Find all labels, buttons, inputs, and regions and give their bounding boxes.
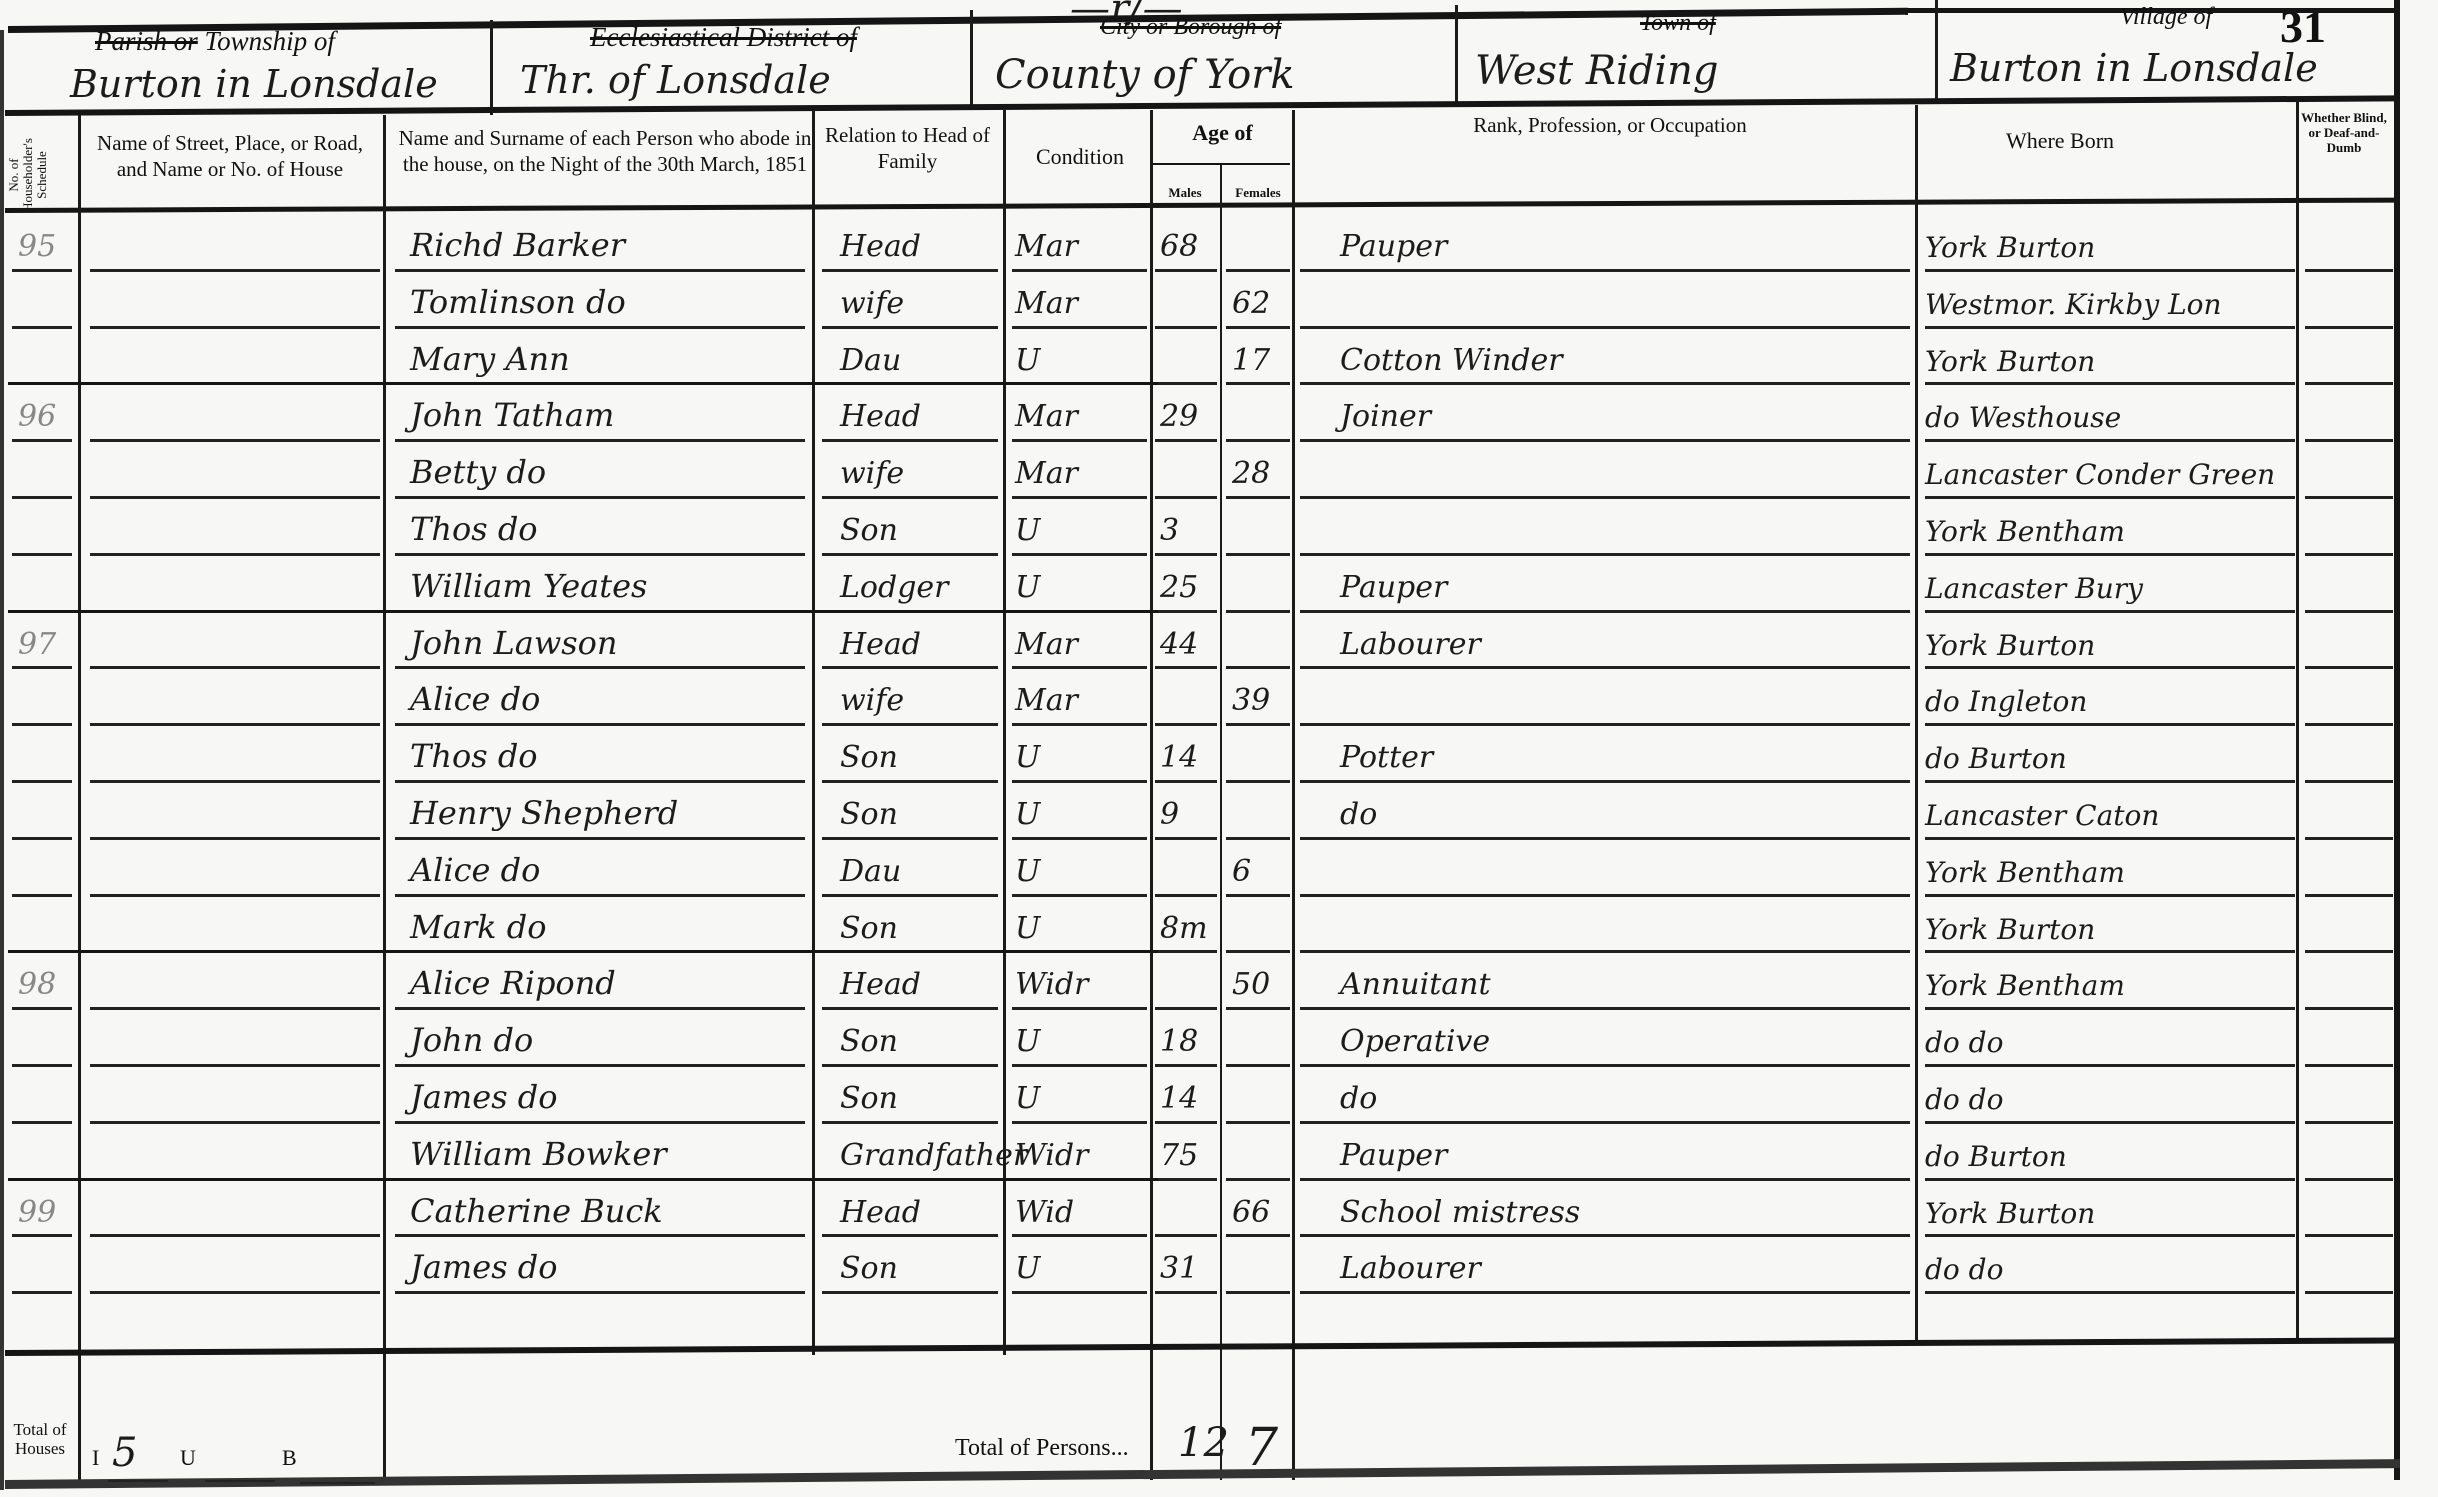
cell-name: Alice do bbox=[410, 680, 540, 718]
row-rule bbox=[395, 1291, 805, 1294]
census-page: —r/— 31 Parish or Township of Burton in … bbox=[0, 0, 2438, 1497]
row-rule bbox=[1925, 610, 2295, 613]
cell-schedule: 95 bbox=[18, 229, 56, 264]
table-row: 95Richd BarkerHeadMar68PauperYork Burton bbox=[0, 218, 2438, 272]
row-rule bbox=[1925, 837, 2295, 840]
cell-born: do do bbox=[1925, 1083, 2003, 1116]
table-row: Henry ShepherdSonU9doLancaster Caton bbox=[0, 786, 2438, 840]
row-rule bbox=[12, 837, 72, 840]
cell-relation: Lodger bbox=[840, 570, 949, 605]
row-rule bbox=[2305, 723, 2393, 726]
row-rule bbox=[1925, 1234, 2295, 1237]
row-rule bbox=[1226, 496, 1290, 499]
cell-occupation: Cotton Winder bbox=[1340, 343, 1563, 378]
row-rule bbox=[395, 666, 805, 669]
row-rule bbox=[1300, 1121, 1910, 1124]
row-rule bbox=[1012, 894, 1147, 897]
cell-male-age: 44 bbox=[1160, 627, 1198, 662]
cell-occupation: Labourer bbox=[1340, 1251, 1481, 1286]
cell-schedule: 96 bbox=[18, 399, 56, 434]
row-rule bbox=[822, 780, 998, 783]
row-rule bbox=[2305, 894, 2393, 897]
cell-condition: U bbox=[1015, 797, 1040, 832]
cell-condition: U bbox=[1015, 911, 1040, 946]
row-rule bbox=[90, 1064, 380, 1067]
cell-relation: Head bbox=[840, 1195, 921, 1230]
row-rule bbox=[1300, 1064, 1910, 1067]
cell-relation: Head bbox=[840, 627, 921, 662]
row-rule bbox=[90, 780, 380, 783]
cell-condition: U bbox=[1015, 1024, 1040, 1059]
cell-female-age: 6 bbox=[1232, 854, 1251, 889]
totals-rule bbox=[5, 1337, 2395, 1356]
cell-relation: Dau bbox=[840, 854, 901, 889]
row-rule bbox=[1155, 1007, 1217, 1010]
cell-name: William Bowker bbox=[410, 1135, 667, 1173]
row-rule bbox=[1155, 780, 1217, 783]
row-rule bbox=[1155, 269, 1217, 272]
row-rule bbox=[2305, 1064, 2393, 1067]
row-rule bbox=[1300, 1291, 1910, 1294]
row-rule bbox=[1155, 950, 1217, 953]
cell-born: Lancaster Conder Green bbox=[1925, 458, 2275, 491]
city-value: County of York bbox=[995, 52, 1295, 98]
row-rule bbox=[822, 666, 998, 669]
females-total: 7 bbox=[1245, 1418, 1278, 1478]
row-rule bbox=[822, 439, 998, 442]
row-rule bbox=[1300, 1234, 1910, 1237]
cell-condition: Mar bbox=[1015, 229, 1078, 264]
row-rule bbox=[822, 723, 998, 726]
cell-relation: wife bbox=[840, 683, 904, 718]
col-occupation: Rank, Profession, or Occupation bbox=[1470, 112, 1750, 138]
row-rule bbox=[1012, 1121, 1147, 1124]
cell-female-age: 39 bbox=[1232, 683, 1270, 718]
row-rule bbox=[2305, 610, 2393, 613]
row-rule bbox=[12, 894, 72, 897]
cell-name: Thos do bbox=[410, 737, 538, 775]
row-rule bbox=[2305, 269, 2393, 272]
row-rule bbox=[1155, 326, 1217, 329]
cell-condition: U bbox=[1015, 740, 1040, 775]
row-rule bbox=[2305, 382, 2393, 385]
row-rule bbox=[1155, 439, 1217, 442]
row-rule bbox=[395, 1234, 805, 1237]
cell-condition: Mar bbox=[1015, 627, 1078, 662]
cell-female-age: 50 bbox=[1232, 967, 1270, 1002]
row-rule bbox=[395, 439, 805, 442]
row-rule bbox=[1300, 553, 1910, 556]
cell-name: James do bbox=[410, 1078, 558, 1116]
col-relation: Relation to Head of Family bbox=[820, 122, 995, 174]
row-rule bbox=[1155, 894, 1217, 897]
table-row: Mary AnnDauU17Cotton WinderYork Burton bbox=[0, 332, 2438, 386]
row-rule bbox=[395, 496, 805, 499]
cell-occupation: Operative bbox=[1340, 1024, 1490, 1059]
row-rule bbox=[1925, 382, 2295, 385]
cell-name: John do bbox=[410, 1021, 533, 1059]
row-rule bbox=[1925, 780, 2295, 783]
row-rule bbox=[2305, 1291, 2393, 1294]
cell-condition: Mar bbox=[1015, 683, 1078, 718]
cell-relation: Son bbox=[840, 1024, 898, 1059]
cell-name: Richd Barker bbox=[410, 226, 625, 264]
row-rule bbox=[90, 894, 380, 897]
row-rule bbox=[2305, 666, 2393, 669]
row-rule bbox=[12, 1064, 72, 1067]
row-rule bbox=[1300, 496, 1910, 499]
row-rule bbox=[90, 1007, 380, 1010]
row-rule bbox=[1012, 666, 1147, 669]
table-row: 98Alice RipondHeadWidr50AnnuitantYork Be… bbox=[0, 956, 2438, 1010]
household-divider bbox=[8, 950, 1158, 953]
row-rule bbox=[822, 837, 998, 840]
table-row: 96John TathamHeadMar29Joinerdo Westhouse bbox=[0, 388, 2438, 442]
row-rule bbox=[2305, 1121, 2393, 1124]
cell-born: Westmor. Kirkby Lon bbox=[1925, 288, 2222, 321]
col-condition: Condition bbox=[1005, 144, 1155, 170]
cell-male-age: 18 bbox=[1160, 1024, 1198, 1059]
village-value: Burton in Lonsdale bbox=[1950, 46, 2318, 90]
table-row: James doSonU31Labourerdo do bbox=[0, 1240, 2438, 1294]
row-rule bbox=[1300, 1178, 1910, 1181]
row-rule bbox=[822, 1234, 998, 1237]
cell-name: John Tatham bbox=[410, 396, 614, 434]
row-rule bbox=[1925, 1064, 2295, 1067]
row-rule bbox=[2305, 1234, 2393, 1237]
row-rule bbox=[1155, 610, 1217, 613]
cell-condition: U bbox=[1015, 854, 1040, 889]
cell-name: Betty do bbox=[410, 453, 546, 491]
row-rule bbox=[12, 439, 72, 442]
hdr-divider bbox=[1935, 0, 1938, 100]
row-rule bbox=[12, 780, 72, 783]
ecclesiastical-value: Thr. of Lonsdale bbox=[520, 58, 831, 102]
cell-condition: U bbox=[1015, 343, 1040, 378]
row-rule bbox=[12, 1007, 72, 1010]
row-rule bbox=[1300, 837, 1910, 840]
cell-occupation: Labourer bbox=[1340, 627, 1481, 662]
cell-condition: U bbox=[1015, 1251, 1040, 1286]
row-rule bbox=[12, 1234, 72, 1237]
row-rule bbox=[1226, 553, 1290, 556]
cell-relation: Dau bbox=[840, 343, 901, 378]
cell-female-age: 62 bbox=[1232, 286, 1270, 321]
cell-born: Lancaster Caton bbox=[1925, 799, 2159, 832]
cell-relation: Son bbox=[840, 1081, 898, 1116]
cell-condition: Mar bbox=[1015, 399, 1078, 434]
town-value: West Riding bbox=[1475, 48, 1719, 94]
uninhabited-prefix: U bbox=[180, 1445, 196, 1471]
row-rule bbox=[1012, 723, 1147, 726]
cell-relation: Head bbox=[840, 229, 921, 264]
cell-condition: U bbox=[1015, 570, 1040, 605]
row-rule bbox=[2305, 1178, 2393, 1181]
row-rule bbox=[1300, 950, 1910, 953]
cell-born: do do bbox=[1925, 1026, 2003, 1059]
row-rule bbox=[822, 1121, 998, 1124]
household-divider bbox=[8, 382, 1158, 385]
city-label: City or Borough of bbox=[1100, 14, 1281, 41]
row-rule bbox=[12, 553, 72, 556]
row-rule bbox=[90, 269, 380, 272]
cell-female-age: 28 bbox=[1232, 456, 1270, 491]
row-rule bbox=[822, 1007, 998, 1010]
cell-relation: Son bbox=[840, 1251, 898, 1286]
row-rule bbox=[1226, 837, 1290, 840]
row-rule bbox=[2305, 950, 2393, 953]
cell-male-age: 9 bbox=[1160, 797, 1179, 832]
row-rule bbox=[1925, 1291, 2295, 1294]
row-rule bbox=[1226, 1007, 1290, 1010]
row-rule bbox=[822, 1064, 998, 1067]
row-rule bbox=[1012, 1064, 1147, 1067]
building-prefix: B bbox=[282, 1445, 297, 1471]
town-label: Town of bbox=[1640, 10, 1716, 37]
cell-relation: wife bbox=[840, 456, 904, 491]
table-row: Alice doDauU6York Bentham bbox=[0, 843, 2438, 897]
cell-male-age: 8m bbox=[1160, 911, 1208, 946]
row-rule bbox=[1012, 837, 1147, 840]
cell-name: Mary Ann bbox=[410, 340, 570, 378]
row-rule bbox=[1012, 1234, 1147, 1237]
row-rule bbox=[395, 1007, 805, 1010]
row-rule bbox=[90, 553, 380, 556]
inhabited-underline bbox=[108, 1480, 168, 1482]
table-row: Alice dowifeMar39do Ingleton bbox=[0, 672, 2438, 726]
row-rule bbox=[1155, 553, 1217, 556]
col-blind-deaf: Whether Blind, or Deaf-and-Dumb bbox=[2298, 110, 2390, 155]
row-rule bbox=[1925, 1178, 2295, 1181]
row-rule bbox=[1925, 894, 2295, 897]
cell-relation: Son bbox=[840, 797, 898, 832]
building-underline bbox=[300, 1482, 375, 1484]
cell-born: do Burton bbox=[1925, 742, 2067, 775]
ecclesiastical-label: Ecclesiastical District of bbox=[590, 22, 857, 53]
row-rule bbox=[395, 269, 805, 272]
row-rule bbox=[822, 326, 998, 329]
row-rule bbox=[12, 1291, 72, 1294]
row-rule bbox=[395, 894, 805, 897]
hdr-divider bbox=[1455, 5, 1458, 105]
cell-occupation: Joiner bbox=[1340, 399, 1431, 434]
row-rule bbox=[395, 723, 805, 726]
inhabited-value: 5 bbox=[112, 1430, 137, 1476]
row-rule bbox=[2305, 837, 2393, 840]
cell-born: York Bentham bbox=[1925, 515, 2125, 548]
household-divider bbox=[8, 610, 1158, 613]
row-rule bbox=[1300, 666, 1910, 669]
row-rule bbox=[395, 1064, 805, 1067]
row-rule bbox=[822, 496, 998, 499]
cell-male-age: 75 bbox=[1160, 1138, 1198, 1173]
row-rule bbox=[1012, 1291, 1147, 1294]
cell-condition: Widr bbox=[1015, 967, 1088, 1002]
row-rule bbox=[1012, 326, 1147, 329]
cell-male-age: 14 bbox=[1160, 740, 1198, 775]
row-rule bbox=[1925, 666, 2295, 669]
row-rule bbox=[1226, 326, 1290, 329]
cell-occupation: do bbox=[1340, 1081, 1377, 1116]
row-rule bbox=[1226, 382, 1290, 385]
row-rule bbox=[1155, 1178, 1217, 1181]
row-rule bbox=[90, 666, 380, 669]
row-rule bbox=[2305, 496, 2393, 499]
row-rule bbox=[1226, 1234, 1290, 1237]
cell-name: Alice Ripond bbox=[410, 964, 616, 1002]
row-rule bbox=[1925, 1121, 2295, 1124]
col-street: Name of Street, Place, or Road, and Name… bbox=[80, 130, 380, 182]
row-rule bbox=[1300, 894, 1910, 897]
row-rule bbox=[1925, 950, 2295, 953]
row-rule bbox=[90, 439, 380, 442]
cell-schedule: 99 bbox=[18, 1195, 56, 1230]
table-row: Thos doSonU3York Bentham bbox=[0, 502, 2438, 556]
row-rule bbox=[1300, 382, 1910, 385]
row-rule bbox=[1155, 837, 1217, 840]
row-rule bbox=[395, 553, 805, 556]
row-rule bbox=[90, 1121, 380, 1124]
cell-name: Henry Shepherd bbox=[410, 794, 678, 832]
table-row: Tomlinson dowifeMar62Westmor. Kirkby Lon bbox=[0, 275, 2438, 329]
total-persons-label: Total of Persons... bbox=[955, 1435, 1129, 1462]
row-rule bbox=[12, 1121, 72, 1124]
row-rule bbox=[1012, 496, 1147, 499]
row-rule bbox=[90, 326, 380, 329]
row-rule bbox=[2305, 553, 2393, 556]
row-rule bbox=[1155, 1121, 1217, 1124]
row-rule bbox=[1155, 1234, 1217, 1237]
row-rule bbox=[1300, 610, 1910, 613]
cell-occupation: School mistress bbox=[1340, 1195, 1580, 1230]
row-rule bbox=[1300, 439, 1910, 442]
cell-schedule: 97 bbox=[18, 627, 56, 662]
row-rule bbox=[12, 269, 72, 272]
cell-female-age: 66 bbox=[1232, 1195, 1270, 1230]
row-rule bbox=[12, 723, 72, 726]
row-rule bbox=[1300, 780, 1910, 783]
row-rule bbox=[12, 326, 72, 329]
table-row: Mark doSonU8mYork Burton bbox=[0, 900, 2438, 954]
row-rule bbox=[1925, 496, 2295, 499]
cell-occupation: Potter bbox=[1340, 740, 1433, 775]
row-rule bbox=[12, 496, 72, 499]
ecclesiastical-label-text: Ecclesiastical District of bbox=[590, 22, 857, 52]
city-label-text: City or Borough of bbox=[1100, 14, 1281, 40]
cell-name: Mark do bbox=[410, 908, 546, 946]
row-rule bbox=[1155, 496, 1217, 499]
row-rule bbox=[1226, 780, 1290, 783]
row-rule bbox=[1300, 326, 1910, 329]
cell-name: Catherine Buck bbox=[410, 1192, 663, 1230]
row-rule bbox=[1155, 382, 1217, 385]
cell-born: do do bbox=[1925, 1253, 2003, 1286]
row-rule bbox=[90, 496, 380, 499]
row-rule bbox=[1226, 1178, 1290, 1181]
cell-occupation: Annuitant bbox=[1340, 967, 1491, 1002]
cell-condition: U bbox=[1015, 513, 1040, 548]
row-rule bbox=[1226, 269, 1290, 272]
cell-name: Alice do bbox=[410, 851, 540, 889]
cell-name: James do bbox=[410, 1248, 558, 1286]
col-age: Age of bbox=[1150, 120, 1295, 146]
row-rule bbox=[1012, 780, 1147, 783]
row-rule bbox=[1012, 1007, 1147, 1010]
cell-born: York Burton bbox=[1925, 1197, 2095, 1230]
row-rule bbox=[1012, 269, 1147, 272]
cell-name: William Yeates bbox=[410, 567, 647, 605]
row-rule bbox=[822, 269, 998, 272]
cell-occupation: Pauper bbox=[1340, 1138, 1447, 1173]
row-rule bbox=[1226, 723, 1290, 726]
cell-occupation: Pauper bbox=[1340, 570, 1447, 605]
row-rule bbox=[1226, 610, 1290, 613]
cell-name: John Lawson bbox=[410, 624, 618, 662]
table-row: John doSonU18Operativedo do bbox=[0, 1013, 2438, 1067]
cell-schedule: 98 bbox=[18, 967, 56, 1002]
row-rule bbox=[1300, 723, 1910, 726]
row-rule bbox=[1925, 1007, 2295, 1010]
table-row: William YeatesLodgerU25PauperLancaster B… bbox=[0, 559, 2438, 613]
cell-born: York Burton bbox=[1925, 231, 2095, 264]
cell-female-age: 17 bbox=[1232, 343, 1270, 378]
cell-born: York Bentham bbox=[1925, 856, 2125, 889]
row-rule bbox=[1226, 1121, 1290, 1124]
row-rule bbox=[1925, 439, 2295, 442]
row-rule bbox=[90, 1234, 380, 1237]
row-rule bbox=[822, 553, 998, 556]
row-rule bbox=[2305, 780, 2393, 783]
parish-label-text: Township of bbox=[205, 26, 335, 56]
row-rule bbox=[12, 666, 72, 669]
row-rule bbox=[1925, 723, 2295, 726]
cell-condition: Mar bbox=[1015, 286, 1078, 321]
row-rule bbox=[2305, 439, 2393, 442]
row-rule bbox=[395, 326, 805, 329]
row-rule bbox=[395, 780, 805, 783]
row-rule bbox=[1155, 723, 1217, 726]
cell-name: Tomlinson do bbox=[410, 283, 626, 321]
row-rule bbox=[1925, 269, 2295, 272]
cell-condition: U bbox=[1015, 1081, 1040, 1116]
row-rule bbox=[1226, 1064, 1290, 1067]
row-rule bbox=[1155, 1064, 1217, 1067]
row-rule bbox=[822, 894, 998, 897]
cell-relation: Head bbox=[840, 399, 921, 434]
cell-condition: Wid bbox=[1015, 1195, 1074, 1230]
cell-male-age: 14 bbox=[1160, 1081, 1198, 1116]
row-rule bbox=[395, 1121, 805, 1124]
cell-male-age: 3 bbox=[1160, 513, 1179, 548]
table-row: Thos doSonU14Potterdo Burton bbox=[0, 729, 2438, 783]
row-rule bbox=[822, 1291, 998, 1294]
row-rule bbox=[1012, 553, 1147, 556]
table-row: James doSonU14dodo do bbox=[0, 1070, 2438, 1124]
town-label-text: Town of bbox=[1640, 10, 1716, 36]
hdr-divider bbox=[970, 10, 973, 110]
row-rule bbox=[90, 723, 380, 726]
row-rule bbox=[1300, 269, 1910, 272]
cell-born: York Burton bbox=[1925, 913, 2095, 946]
row-rule bbox=[1226, 666, 1290, 669]
row-rule bbox=[2305, 326, 2393, 329]
col-where-born: Where Born bbox=[1910, 128, 2210, 154]
row-rule bbox=[2305, 1007, 2393, 1010]
cell-male-age: 29 bbox=[1160, 399, 1198, 434]
cell-born: do Westhouse bbox=[1925, 401, 2121, 434]
cell-male-age: 31 bbox=[1160, 1251, 1198, 1286]
col-schedule-no: No. of Householder's Schedule bbox=[7, 135, 77, 215]
